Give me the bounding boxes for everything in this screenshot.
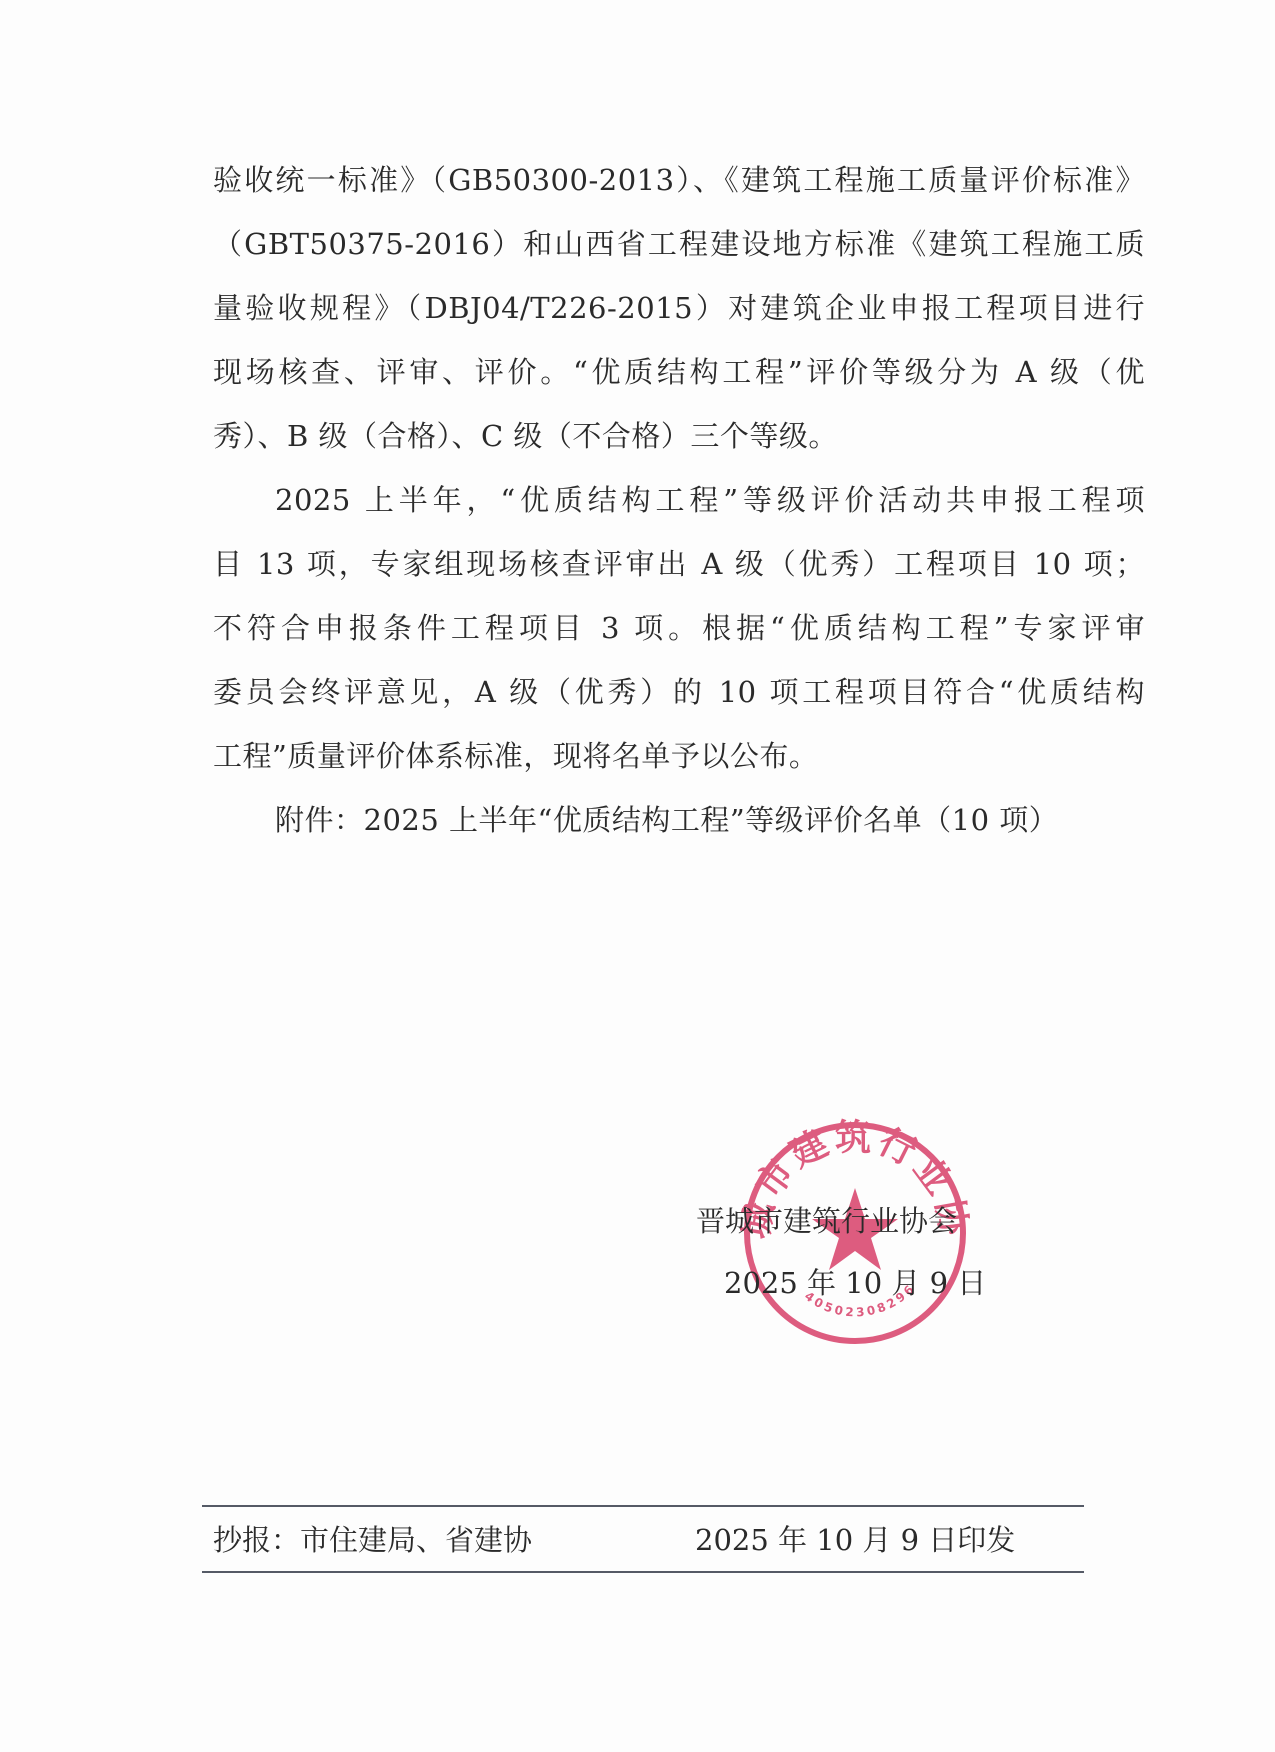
body-line: 不符合申报条件工程项目 3 项。根据“优质结构工程”专家评审 bbox=[213, 596, 1145, 660]
issuing-organization: 晋城市建筑行业协会 bbox=[696, 1190, 986, 1252]
issue-date: 2025 年 10 月 9 日印发 bbox=[695, 1512, 1015, 1568]
document-page: 验收统一标准》（GB50300-2013）、《建筑工程施工质量评价标准》 （GB… bbox=[0, 0, 1275, 1752]
body-line: 目 13 项，专家组现场核查评审出 A 级（优秀）工程项目 10 项； bbox=[213, 532, 1145, 596]
document-body: 验收统一标准》（GB50300-2013）、《建筑工程施工质量评价标准》 （GB… bbox=[213, 148, 1145, 852]
signature-block: 晋城市建筑行业协会 2025 年 10 月 9 日 bbox=[696, 1190, 986, 1314]
footer-rule-bottom bbox=[202, 1571, 1084, 1573]
body-line: 工程”质量评价体系标准，现将名单予以公布。 bbox=[213, 724, 1145, 788]
attachment-note: 附件：2025 上半年“优质结构工程”等级评价名单（10 项） bbox=[213, 788, 1145, 852]
body-line: （GBT50375-2016）和山西省工程建设地方标准《建筑工程施工质 bbox=[213, 212, 1145, 276]
footer-rule-top bbox=[202, 1505, 1084, 1507]
cc-recipients: 抄报：市住建局、省建协 bbox=[213, 1512, 532, 1568]
body-line: 委员会终评意见，A 级（优秀）的 10 项工程项目符合“优质结构 bbox=[213, 660, 1145, 724]
body-line: 量验收规程》（DBJ04/T226-2015）对建筑企业申报工程项目进行 bbox=[213, 276, 1145, 340]
body-line: 验收统一标准》（GB50300-2013）、《建筑工程施工质量评价标准》 bbox=[213, 148, 1145, 212]
body-line: 秀）、B 级（合格）、C 级（不合格）三个等级。 bbox=[213, 404, 1145, 468]
body-line: 现场核查、评审、评价。“优质结构工程”评价等级分为 A 级（优 bbox=[213, 340, 1145, 404]
signature-date: 2025 年 10 月 9 日 bbox=[696, 1252, 986, 1314]
body-line: 2025 上半年，“优质结构工程”等级评价活动共申报工程项 bbox=[213, 468, 1145, 532]
